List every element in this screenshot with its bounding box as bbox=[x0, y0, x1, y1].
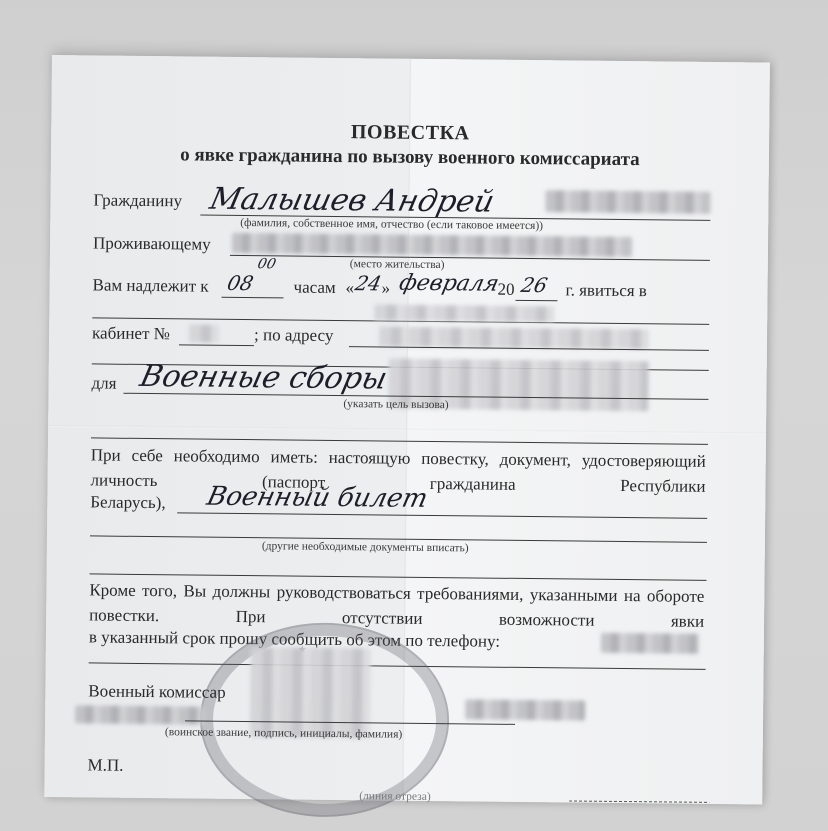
summons-paper-sheet: ПОВЕСТКА о явке гражданина по вызову вое… bbox=[44, 55, 770, 804]
quote-close: » bbox=[381, 278, 390, 298]
requirements-paragraph: Кроме того, Вы должны руководствоваться … bbox=[89, 577, 704, 633]
hour-handwritten: 08 bbox=[225, 271, 256, 295]
redacted-phone-number bbox=[601, 633, 699, 654]
appear-prefix: Вам надлежит к bbox=[92, 275, 208, 296]
minutes-handwritten: 00 bbox=[256, 256, 277, 272]
tear-line-caption: (линия отреза) bbox=[359, 790, 431, 803]
commissar-caption: (воинское звание, подпись, инициалы, фам… bbox=[165, 726, 402, 740]
bring-handwritten: Военный билет bbox=[204, 482, 430, 514]
purpose-caption: (указать цель вызова) bbox=[343, 398, 448, 411]
redacted-patronymic bbox=[545, 190, 710, 214]
cabinet-underline bbox=[179, 344, 254, 346]
cabinet-label: кабинет № bbox=[92, 323, 170, 344]
document-subtitle: о явке гражданина по вызову военного ком… bbox=[51, 143, 769, 173]
redacted-residence-address bbox=[232, 233, 632, 257]
hour-underline bbox=[221, 297, 283, 299]
month-handwritten: февраля bbox=[397, 271, 501, 297]
bring-line3-label: Беларусь), bbox=[90, 492, 166, 513]
commissar-label: Военный комиссар bbox=[88, 681, 226, 702]
redacted-commissar-rank bbox=[75, 705, 205, 724]
tear-line bbox=[569, 800, 709, 802]
address-label: ; по адресу bbox=[254, 325, 334, 346]
year-prefix: 20 bbox=[497, 280, 514, 300]
redacted-location-1 bbox=[374, 304, 554, 322]
residence-underline bbox=[230, 255, 710, 261]
citizen-name-caption: (фамилия, собственное имя, отчество (есл… bbox=[240, 217, 543, 232]
purpose-label: для bbox=[91, 373, 116, 393]
seal-label: М.П. bbox=[87, 755, 123, 775]
residence-label: Проживающему bbox=[93, 233, 211, 254]
citizen-label: Гражданину bbox=[93, 190, 182, 211]
bring-underline bbox=[177, 512, 707, 519]
residence-caption: (место жительства) bbox=[350, 258, 445, 271]
appear-suffix: г. явиться в bbox=[565, 280, 647, 301]
day-handwritten: 24 bbox=[353, 271, 384, 295]
year-handwritten: 26 bbox=[519, 273, 550, 297]
other-docs-caption: (другие необходимые документы вписать) bbox=[262, 540, 469, 554]
redacted-cabinet-number bbox=[189, 324, 219, 342]
year-underline bbox=[515, 300, 557, 301]
citizen-name-handwritten: Малышев Андрей bbox=[207, 182, 498, 220]
purpose-handwritten: Военные сборы bbox=[137, 359, 391, 396]
hours-label: часам bbox=[293, 278, 335, 298]
redacted-commissar-name bbox=[465, 699, 585, 720]
redacted-address bbox=[379, 326, 649, 349]
redacted-commissar-signature bbox=[250, 647, 371, 738]
